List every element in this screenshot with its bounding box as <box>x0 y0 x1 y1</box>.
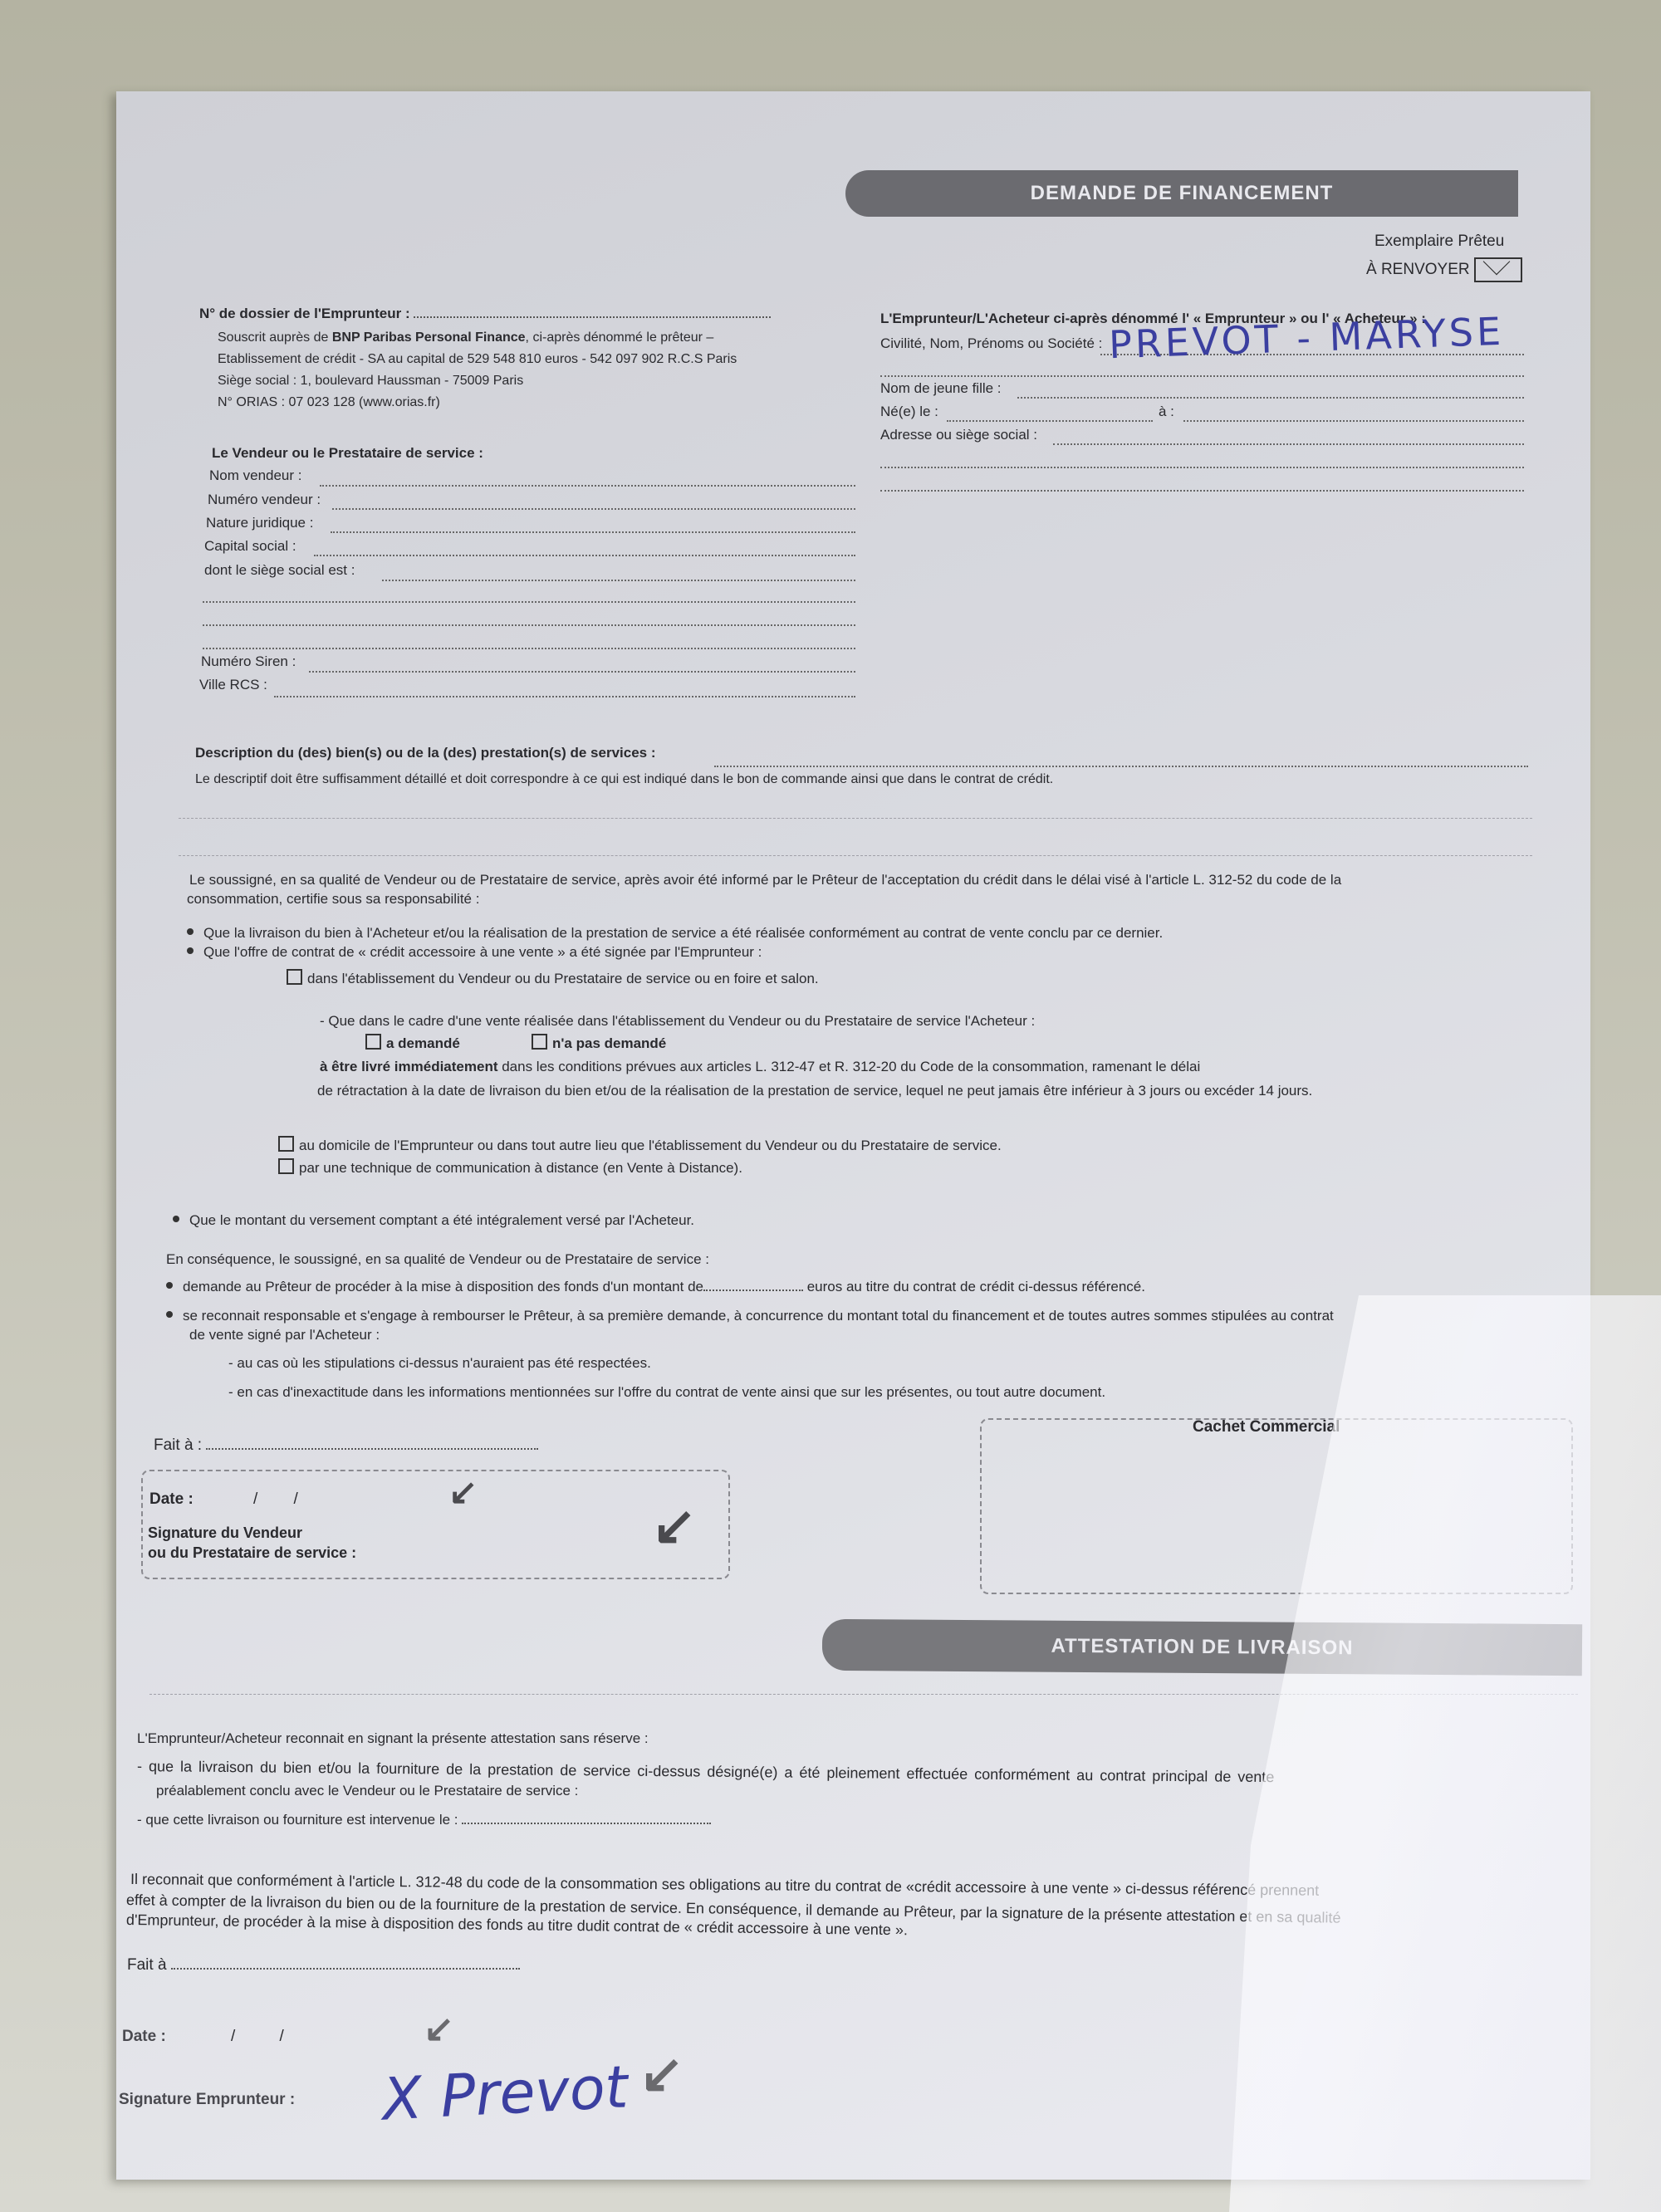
consequence-case-1: - au cas où les stipulations ci-dessus n… <box>228 1355 651 1372</box>
file-number-field[interactable]: N° de dossier de l'Emprunteur : <box>199 306 771 322</box>
separator <box>179 818 1532 819</box>
file-number-input[interactable] <box>414 316 771 318</box>
bullet-text: Que le montant du versement comptant a é… <box>189 1212 694 1228</box>
attestation-item-1-cont: préalablement conclu avec le Vendeur ou … <box>156 1783 578 1799</box>
copy-label: Exemplaire Prêteu <box>1374 232 1504 251</box>
option-label: au domicile de l'Emprunteur ou dans tout… <box>299 1138 1002 1153</box>
vendor-signature-label-2: ou du Prestataire de service : <box>148 1544 356 1562</box>
rcs-city-input[interactable] <box>274 696 855 697</box>
description-note: Le descriptif doit être suffisamment dét… <box>195 772 1053 787</box>
section-banner-attestation: ATTESTATION DE LIVRAISON <box>822 1619 1582 1676</box>
vendor-signature-label-1: Signature du Vendeur <box>148 1524 302 1542</box>
address-label: Adresse ou siège social : <box>880 427 1037 443</box>
borrower-signature-label: Signature Emprunteur : <box>119 2091 295 2109</box>
lender-prefix: Souscrit auprès de <box>218 330 328 345</box>
separator <box>179 855 1532 856</box>
attestation-intro: L'Emprunteur/Acheteur reconnait en signa… <box>137 1730 649 1747</box>
banner-title: ATTESTATION DE LIVRAISON <box>1051 1635 1353 1661</box>
separator <box>149 1694 1578 1695</box>
place-label: Fait à <box>127 1956 167 1974</box>
siren-label: Numéro Siren : <box>201 653 296 670</box>
address-input-line-3[interactable] <box>880 490 1524 492</box>
vendor-heading: Le Vendeur ou le Prestataire de service … <box>212 445 483 462</box>
option-requested[interactable]: a demandé <box>365 1034 460 1052</box>
borrower-date-input[interactable]: / / <box>231 2028 284 2046</box>
share-capital-label: Capital social : <box>204 538 296 555</box>
borrower-place-input[interactable] <box>171 1967 520 1970</box>
siren-input[interactable] <box>309 671 855 673</box>
option-not-requested[interactable]: n'a pas demandé <box>532 1034 666 1052</box>
consequence-case-2: - en cas d'inexactitude dans les informa… <box>228 1384 1105 1401</box>
borrower-place-field[interactable]: Fait à <box>127 1956 520 1975</box>
borrower-name-label: Civilité, Nom, Prénoms ou Société : <box>880 335 1102 352</box>
bullet-icon <box>166 1311 173 1318</box>
arrow-down-left-icon: ↙ <box>424 2008 454 2050</box>
vendor-place-field[interactable]: Fait à : <box>154 1436 538 1455</box>
bullet-text: se reconnait responsable et s'engage à r… <box>183 1308 1334 1324</box>
bullet-icon <box>166 1282 173 1289</box>
section-banner-financing: DEMANDE DE FINANCEMENT <box>845 170 1518 217</box>
birth-place-label: à : <box>1159 404 1174 420</box>
checkbox-establishment[interactable] <box>287 969 302 985</box>
bullet-icon <box>173 1216 179 1222</box>
rcs-city-label: Ville RCS : <box>199 677 267 693</box>
file-number-label: N° de dossier de l'Emprunteur : <box>199 306 410 321</box>
head-office-input-line-2[interactable] <box>203 601 855 603</box>
share-capital-input[interactable] <box>314 555 855 556</box>
checkbox-distance[interactable] <box>278 1158 294 1174</box>
borrower-signature[interactable]: X Prevot <box>380 2053 630 2133</box>
consequence-bullet-2-cont: de vente signé par l'Acheteur : <box>189 1327 380 1343</box>
birth-place-input[interactable] <box>1183 420 1524 422</box>
vendor-date-label: Date : <box>149 1490 194 1509</box>
head-office-input-line-4[interactable] <box>203 648 855 649</box>
attestation-item-2: - que cette livraison ou fourniture est … <box>137 1812 711 1828</box>
sub-intro: - Que dans le cadre d'une vente réalisée… <box>320 1013 1035 1030</box>
certification-bullet-2: Que l'offre de contrat de « crédit acces… <box>187 944 762 961</box>
envelope-icon <box>1474 257 1522 282</box>
birth-date-input[interactable] <box>947 420 1153 422</box>
checkbox-requested[interactable] <box>365 1034 381 1050</box>
item-text: - que cette livraison ou fourniture est … <box>137 1812 458 1828</box>
birth-date-label: Né(e) le : <box>880 404 938 420</box>
consequence-bullet-2: se reconnait responsable et s'engage à r… <box>166 1308 1334 1324</box>
certification-intro-1: Le soussigné, en sa qualité de Vendeur o… <box>189 872 1341 888</box>
consequence-bullet-1: demande au Prêteur de procéder à la mise… <box>166 1279 1145 1295</box>
option-label: n'a pas demandé <box>552 1035 666 1051</box>
stamp-box[interactable] <box>980 1418 1573 1594</box>
vendor-number-input[interactable] <box>332 508 855 510</box>
certification-intro-2: consommation, certifie sous sa responsab… <box>187 891 479 908</box>
certification-bullet-1: Que la livraison du bien à l'Acheteur et… <box>187 925 1163 942</box>
head-office-label: dont le siège social est : <box>204 562 355 579</box>
option-home[interactable]: au domicile de l'Emprunteur ou dans tout… <box>278 1136 1002 1154</box>
delivery-date-input[interactable] <box>462 1822 711 1824</box>
option-distance[interactable]: par une technique de communication à dis… <box>278 1158 742 1177</box>
maiden-name-label: Nom de jeune fille : <box>880 380 1002 397</box>
option-label: par une technique de communication à dis… <box>299 1160 742 1176</box>
borrower-date-label: Date : <box>122 2028 166 2046</box>
checkbox-not-requested[interactable] <box>532 1034 547 1050</box>
arrow-down-left-icon: ↙ <box>652 1495 697 1557</box>
lender-line-3: Siège social : 1, boulevard Haussman - 7… <box>218 374 523 389</box>
bullet-text: Que l'offre de contrat de « crédit acces… <box>203 944 762 960</box>
return-text: À RENVOYER <box>1366 261 1470 278</box>
stamp-label: Cachet Commercial <box>1193 1418 1340 1436</box>
bullet-text-post: euros au titre du contrat de crédit ci-d… <box>807 1279 1145 1294</box>
description-label: Description du (des) bien(s) ou de la (d… <box>195 745 656 761</box>
head-office-input-line-3[interactable] <box>203 624 855 626</box>
lender-line-2: Etablissement de crédit - SA au capital … <box>218 352 737 367</box>
option-establishment[interactable]: dans l'établissement du Vendeur ou du Pr… <box>287 969 819 987</box>
place-label: Fait à : <box>154 1436 202 1454</box>
delivery-line-2: de rétractation à la date de livraison d… <box>317 1083 1312 1099</box>
legal-nature-label: Nature juridique : <box>206 515 313 531</box>
banner-title: DEMANDE DE FINANCEMENT <box>1031 182 1334 205</box>
delivery-bold: à être livré immédiatement <box>320 1059 497 1074</box>
lender-company: BNP Paribas Personal Finance <box>332 330 526 345</box>
bullet-icon <box>187 947 194 954</box>
vendor-place-input[interactable] <box>206 1447 538 1450</box>
consequence-intro: En conséquence, le soussigné, en sa qual… <box>166 1251 709 1268</box>
head-office-input[interactable] <box>382 580 855 581</box>
vendor-name-input[interactable] <box>320 485 855 487</box>
amount-input[interactable] <box>703 1289 803 1291</box>
vendor-date-input[interactable]: / / <box>253 1490 298 1509</box>
option-label: a demandé <box>386 1035 460 1051</box>
maiden-name-input[interactable] <box>1017 397 1524 399</box>
legal-nature-input[interactable] <box>331 531 855 533</box>
address-input[interactable] <box>1053 443 1524 445</box>
bullet-icon <box>187 928 194 935</box>
vendor-name-label: Nom vendeur : <box>209 467 302 484</box>
return-label: À RENVOYER <box>1366 257 1522 282</box>
description-input[interactable] <box>714 766 1528 767</box>
certification-bullet-3: Que le montant du versement comptant a é… <box>173 1212 694 1229</box>
borrower-name-line-2[interactable] <box>880 375 1524 377</box>
option-label: dans l'établissement du Vendeur ou du Pr… <box>307 971 819 986</box>
bullet-text: Que la livraison du bien à l'Acheteur et… <box>203 925 1163 941</box>
delivery-line-1: à être livré immédiatement dans les cond… <box>320 1059 1200 1075</box>
lender-line-1: Souscrit auprès de BNP Paribas Personal … <box>218 330 713 345</box>
lender-suffix: , ci-après dénommé le prêteur – <box>526 330 714 345</box>
checkbox-home[interactable] <box>278 1136 294 1152</box>
delivery-rest: dans les conditions prévues aux articles… <box>497 1059 1200 1074</box>
bullet-text: demande au Prêteur de procéder à la mise… <box>183 1279 703 1294</box>
lender-line-4: N° ORIAS : 07 023 128 (www.orias.fr) <box>218 395 440 410</box>
arrow-down-left-icon: ↙ <box>639 2043 684 2105</box>
vendor-number-label: Numéro vendeur : <box>208 492 321 508</box>
arrow-down-left-icon: ↙ <box>448 1471 478 1512</box>
address-input-line-2[interactable] <box>880 467 1524 468</box>
